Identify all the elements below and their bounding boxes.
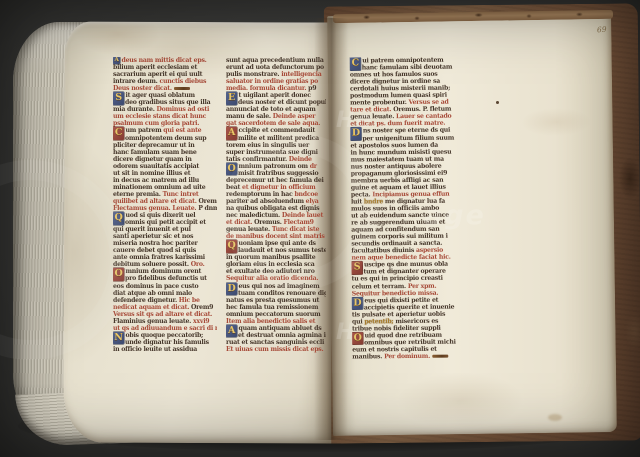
manuscript-text-line: ut qs ad adiuuandum e sacri di m — [113, 325, 217, 332]
body-text: santi aperietur sic et nos — [113, 233, 193, 240]
body-text: ante omnia fratres karissimi — [113, 254, 205, 261]
manuscript-text-line: qui querit inuenit et pul — [113, 226, 217, 233]
manuscript-text-line: et exultate deo adiutori nro — [226, 268, 326, 275]
body-text: ccipite et commendauit — [239, 127, 315, 134]
rubric-text: Per dominum. — [384, 353, 430, 360]
rubric-text: Hic be — [179, 297, 200, 304]
manuscript-text-line: eos dominus in pace custo — [113, 283, 217, 290]
manuscript-text-line: saluator in ordine gratias po — [226, 78, 326, 85]
body-text: sunt aqua precedentium nulla — [226, 57, 324, 64]
illuminated-initial: D — [350, 128, 361, 141]
manuscript-text-line: omnipotentem deum sup — [113, 135, 217, 142]
line-filler-bar — [174, 87, 190, 90]
manuscript-text-line: milite et militent predica — [226, 135, 326, 142]
manuscript-text-line: nedicat aquam et dicat. Orem9 — [113, 304, 217, 311]
manuscript-text-line: in decus ac matrem ad illu — [113, 177, 217, 184]
left-page-text-column-2: sunt aqua precedentium nullaerunt ad uot… — [226, 57, 326, 355]
body-text: redemptorum in hac — [226, 191, 294, 198]
manuscript-text-line: omnis qui petit accipit et — [113, 219, 217, 226]
manuscript-text-line: um ecclesie stans dicat hunc — [113, 113, 217, 120]
illuminated-initial: C — [113, 127, 124, 140]
illuminated-initial: E — [226, 92, 237, 105]
body-text: omnipotentem deum sup — [125, 135, 206, 142]
body-text: Oremus. — [254, 219, 283, 226]
rubric-text: deus nam mittis dicat eps. — [122, 57, 207, 64]
body-text: super instrumenta sue digni — [226, 149, 318, 156]
manuscript-text-line: pulis monstrare. intelligencia — [226, 71, 326, 78]
body-text: Orem9 — [199, 198, 217, 205]
rubric-text: Et uiuas cum missis dicat eps. — [226, 346, 323, 353]
illuminated-initial: S — [113, 92, 124, 105]
body-text: defendere dignetur. — [113, 297, 179, 304]
body-text: mnium dominum orent — [126, 268, 202, 275]
rubric-text: bndcoe — [294, 191, 317, 198]
illuminated-initial: A — [113, 57, 120, 64]
body-text: deprecemur ut hec famula dei — [226, 177, 324, 184]
manuscript-text-line: pliciter deprecamur ut in — [113, 142, 217, 149]
body-text: mnium patronum om — [239, 163, 310, 170]
rubric-text: Tunc intret — [163, 191, 199, 198]
line-filler-bar — [432, 355, 448, 358]
manuscript-text-line: Nobis quoque peccatorib; — [113, 332, 217, 339]
body-text: natus es presta quesumus ut — [226, 297, 319, 304]
manuscript-text-line: Item alia benedictio salis et — [226, 318, 326, 325]
manuscript-text-line: Adeus nam mittis dicat eps. — [113, 57, 217, 64]
body-text: deo gradibus situs que illa — [125, 99, 210, 106]
body-text: deus noster et dicunt populo — [238, 99, 326, 106]
illuminated-initial: A — [226, 127, 237, 140]
rubric-text: nedicat aquam et dicat. — [113, 304, 191, 311]
rubric-text: Deinde lauet — [282, 212, 323, 219]
body-text: misit fratribus suggessio — [238, 170, 318, 177]
body-text: cauere debet quod si quis — [113, 247, 196, 254]
manuscript-text-line: defendere dignetur. Hic be — [113, 297, 217, 304]
manuscript-text-line: redemptorum in hac bndcoe — [226, 191, 326, 198]
body-text: qui querit inuenit et pul — [113, 226, 191, 233]
parchment-stain — [548, 414, 562, 421]
rubric-text: qui est ante — [163, 127, 201, 134]
body-text: sacrarium aperit ei qui uult — [113, 71, 202, 78]
manuscript-text-line: Omnium dominum orent — [113, 268, 217, 275]
rubric-text: Tunc dicat iste — [272, 226, 319, 233]
body-text: eus qui nos ad imaginem — [239, 283, 320, 290]
illuminated-initial: O — [113, 268, 124, 281]
manuscript-text-line: sacrarium aperit ei qui uult — [113, 71, 217, 78]
manuscript-text-line: Et uigilant aperit donec — [226, 92, 326, 99]
body-text: pliciter deprecamur ut in — [113, 142, 195, 149]
manuscript-text-line: intrare deum. cunctis diebus — [113, 78, 217, 85]
body-text: gloriam eius in ecclesia sca — [226, 261, 315, 268]
body-text: nec maledictum. — [226, 212, 282, 219]
manuscript-text-line: sunt aqua precedentium nulla — [226, 57, 326, 64]
rubric-text: et dicat. — [226, 219, 254, 226]
body-text: uoniam ipse qui ante ds — [239, 240, 316, 247]
body-text: uod si quis dixerit uel — [126, 212, 196, 219]
rubric-text: et dignetur in officium — [242, 184, 315, 191]
illuminated-initial: D — [352, 297, 363, 310]
manuscript-text-line: odorem suauitatis accipiat — [113, 163, 217, 170]
manuscript-text-line: deus noster et dicunt populo — [226, 99, 326, 106]
body-text: unde dignatur his famulis — [125, 339, 209, 346]
rubric-text: elya — [306, 198, 319, 205]
rubric-text: ut qs ad adiuuandum e sacri di m — [113, 325, 217, 332]
manuscript-text-line: torem eius in singulis uer — [226, 142, 326, 149]
manuscript-text-line: in officio leuite ut assidua — [113, 346, 217, 353]
body-text: qui — [352, 318, 364, 325]
body-text: luit — [351, 198, 364, 205]
body-text: minationem omnium ad uite — [113, 184, 205, 191]
body-text: diat atque ab omni malo — [113, 290, 192, 297]
rubric-text: Flectam9 — [284, 219, 314, 226]
manuscript-text-line: Quod si quis dixerit uel — [113, 212, 217, 219]
body-text: mia durante. — [113, 106, 157, 113]
body-text: omnium peccatorum suorum — [226, 311, 320, 318]
manuscript-text-line: Cum patrem qui est ante — [113, 127, 217, 134]
body-text: quam antiquam abluet ds — [239, 325, 322, 332]
manuscript-photograph: Adeus nam mittis dicat eps.bilium aperit… — [0, 0, 640, 457]
body-text: beat — [226, 184, 242, 191]
manuscript-text-line: minationem omnium ad uite — [113, 184, 217, 191]
manuscript-text-line: ut sit in nomine illius et — [113, 170, 217, 177]
body-text: obis quoque peccatorib; — [126, 332, 204, 339]
manuscript-text-line: misit fratribus suggessio — [226, 170, 326, 177]
manuscript-text-line: quilibet ad altare et dicat. Orem9 — [113, 198, 217, 205]
rubric-text: Flectamus genua. Leuate. — [113, 205, 198, 212]
body-text: it ager quasi oblatum — [126, 92, 195, 99]
body-text: laudauit et nos sumus testes — [238, 247, 326, 254]
manuscript-text-line: manu de sale. Deinde asper — [226, 113, 326, 120]
body-text: t uigilant aperit donec — [239, 92, 311, 99]
body-text: omnis qui petit accipit et — [125, 219, 206, 226]
body-text: manu de sale. — [226, 113, 273, 120]
manuscript-text-line: Flaminius genua leuate. xxvi9 — [113, 318, 217, 325]
manuscript-text-line: cauere debet quod si quis — [113, 247, 217, 254]
manuscript-text-line: et destruat omnia agmina in — [226, 332, 326, 339]
body-text: odorem suauitatis accipiat — [113, 163, 199, 170]
manuscript-text-line: genua leuate. Tunc dicat iste — [226, 226, 326, 233]
manuscript-text-line: ante omnia fratres karissimi — [113, 254, 217, 261]
rubric-text: intelligencia — [281, 71, 321, 78]
manuscript-text-line: deo gradibus situs que illa — [113, 99, 217, 106]
manuscript-text-line: omnium peccatorum suorum — [226, 311, 326, 318]
body-text: pro fidelibus defunctis ut — [125, 275, 207, 282]
body-text: pulis monstrare. — [226, 71, 281, 78]
manuscript-text-line: tuam conditos renouare dig — [226, 290, 326, 297]
manuscript-text-line: natus es presta quesumus ut — [226, 297, 326, 304]
manuscript-text-line: Quoniam ipse qui ante ds — [226, 240, 326, 247]
body-text: Orem9 — [191, 304, 213, 311]
rubric-text: Dominus ad osti — [157, 106, 210, 113]
manuscript-text-line: Aquam antiquam abluet ds — [226, 325, 326, 332]
manuscript-text-line: beat et dignetur in officium — [226, 184, 326, 191]
body-text: dicere dignetur quam in — [113, 156, 192, 163]
manuscript-text-line: Omnium patronum om dr — [226, 163, 326, 170]
right-page-text-column: Cui patrem omnipotentemhanc famulam sibi… — [350, 57, 463, 362]
body-text: hec famula tua remissionem — [226, 304, 318, 311]
illuminated-initial: Q — [113, 212, 124, 225]
illuminated-initial: C — [350, 57, 361, 70]
body-text: bilium aperit ecclesiam et — [113, 64, 197, 71]
body-text: annunciat de toto et aquam — [226, 106, 316, 113]
body-text: milite et militent predica — [238, 135, 319, 142]
rubric-text: Versus sit qs ad altare et dicat. — [113, 311, 212, 318]
manuscript-text-line: erunt ad uota defunctorum po — [226, 64, 326, 71]
illuminated-initial: O — [352, 332, 363, 345]
body-text: et exultate deo adiutori nro — [226, 268, 315, 275]
manuscript-text-line: Accipite et commendauit — [226, 127, 326, 134]
illuminated-initial: Q — [226, 240, 237, 253]
body-text: torem eius in singulis uer — [226, 142, 309, 149]
manuscript-text-line: eterne premia. Tunc intret — [113, 191, 217, 198]
manuscript-text-line: annunciat de toto et aquam — [226, 106, 326, 113]
body-text: intrare deum. — [113, 78, 159, 85]
manuscript-text-line: Sequitur alia oratio dicenda. — [226, 275, 326, 282]
rubric-text: um ecclesie stans dicat hunc — [113, 113, 206, 120]
rubric-text: Deinde asper — [273, 113, 316, 120]
body-text: um patrem — [126, 127, 164, 134]
illuminated-initial: O — [226, 163, 237, 176]
manuscript-text-line: santi aperietur sic et nos — [113, 233, 217, 240]
body-text: Flaminius genua leuate. — [113, 318, 193, 325]
manuscript-text-line: manibus. Per dominum. — [352, 352, 462, 360]
rubric-text: quilibet ad altare et dicat. — [113, 198, 199, 205]
illuminated-initial: N — [113, 332, 124, 345]
body-text: ruat et sanctas sanguinis eccli — [226, 339, 324, 346]
manuscript-text-line: Et uiuas cum missis dicat eps. — [226, 346, 326, 353]
manuscript-text-line: pariter ad absoluendum elya — [226, 198, 326, 205]
manuscript-text-line: na quibus obligata est dignis — [226, 205, 326, 212]
manuscript-text-line: mia durante. Dominus ad osti — [113, 106, 217, 113]
illuminated-initial: A — [226, 325, 237, 338]
manuscript-text-line: hanc famulam suam bene — [113, 149, 217, 156]
manuscript-text-line: bilium aperit ecclesiam et — [113, 64, 217, 71]
rubric-text: xxvi9 — [193, 318, 209, 325]
body-text: tatis confirmantur. — [226, 156, 289, 163]
ink-speck — [496, 101, 499, 104]
rubric-text: dr — [310, 163, 317, 170]
manuscript-text-line: laudauit et nos sumus testes — [226, 247, 326, 254]
manuscript-text-line: dicere dignetur quam in — [113, 156, 217, 163]
body-text: tuam conditos renouare dig — [238, 290, 326, 297]
illuminated-initial: S — [351, 262, 362, 275]
manuscript-text-line: tatis confirmantur. Deinde — [226, 156, 326, 163]
body-text: hanc famulam suam bene — [113, 149, 197, 156]
body-text: in officio leuite ut assidua — [113, 346, 197, 353]
manuscript-text-line: deprecemur ut hec famula dei — [226, 177, 326, 184]
left-page-text-column-1: Adeus nam mittis dicat eps.bilium aperit… — [113, 57, 217, 355]
folio-number: 69 — [597, 25, 607, 35]
body-text: et destruat omnia agmina in — [238, 332, 326, 339]
manuscript-text-line: ruat et sanctas sanguinis eccli — [226, 339, 326, 346]
body-text: in decus ac matrem ad illu — [113, 177, 199, 184]
body-text: pariter ad absoluendum — [226, 198, 306, 205]
body-text: eterne premia. — [113, 191, 163, 198]
rubric-text: Deinde — [289, 156, 312, 163]
rubric-text: Sequitur alia oratio dicenda. — [226, 275, 318, 282]
body-text: genua leuate. — [226, 226, 272, 233]
illuminated-initial: D — [226, 283, 237, 296]
manuscript-text-line: Versus sit qs ad altare et dicat. — [113, 311, 217, 318]
body-text: miseria nostra hoc pariter — [113, 240, 198, 247]
rubric-text: cunctis diebus — [159, 78, 206, 85]
body-text: erunt ad uota defunctorum po — [226, 64, 324, 71]
body-text: P dnm — [198, 205, 217, 212]
manuscript-text-line: Sit ager quasi oblatum — [113, 92, 217, 99]
manuscript-text-line: super instrumenta sue digni — [226, 149, 326, 156]
manuscript-text-line: Flectamus genua. Leuate. P dnm — [113, 205, 217, 212]
manuscript-text-line: gloriam eius in ecclesia sca — [226, 261, 326, 268]
manuscript-text-line: hec famula tua remissionem — [226, 304, 326, 311]
manuscript-text-line: unde dignatur his famulis — [113, 339, 217, 346]
manuscript-text-line: pro fidelibus defunctis ut — [113, 275, 217, 282]
body-text: manibus. — [352, 353, 384, 360]
manuscript-text-line: nec maledictum. Deinde lauet — [226, 212, 326, 219]
manuscript-text-line: in quorum manibus psallite — [226, 254, 326, 261]
manuscript-text-line: miseria nostra hoc pariter — [113, 240, 217, 247]
manuscript-text-line: Deus qui nos ad imaginem — [226, 283, 326, 290]
body-text: eos dominus in pace custo — [113, 283, 198, 290]
manuscript-text-line: diat atque ab omni malo — [113, 290, 217, 297]
rubric-text: saluator in ordine gratias po — [226, 78, 318, 85]
body-text: na quibus obligata est dignis — [226, 205, 319, 212]
body-text: ut sit in nomine illius et — [113, 170, 190, 177]
manuscript-text-line: et dicat. Oremus. Flectam9 — [226, 219, 326, 226]
rubric-text: Item alia benedictio salis et — [226, 318, 315, 325]
body-text: in quorum manibus psallite — [226, 254, 315, 261]
